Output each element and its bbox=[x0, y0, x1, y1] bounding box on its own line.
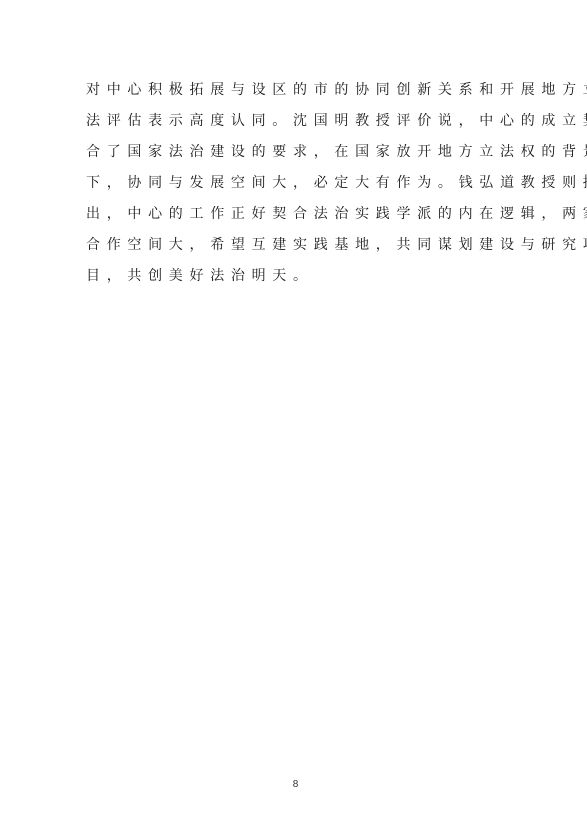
paragraph-line: 合作空间大，希望互建实践基地，共同谋划建设与研究项 bbox=[86, 230, 516, 261]
paragraph-line: 法评估表示高度认同。沈国明教授评价说，中心的成立契 bbox=[86, 106, 516, 137]
body-paragraph: 对中心积极拓展与设区的市的协同创新关系和开展地方立 法评估表示高度认同。沈国明教… bbox=[86, 75, 516, 292]
paragraph-line: 对中心积极拓展与设区的市的协同创新关系和开展地方立 bbox=[86, 75, 516, 106]
paragraph-line: 合了国家法治建设的要求，在国家放开地方立法权的背景 bbox=[86, 137, 516, 168]
paragraph-line: 出，中心的工作正好契合法治实践学派的内在逻辑，两家 bbox=[86, 199, 516, 230]
document-page: 对中心积极拓展与设区的市的协同创新关系和开展地方立 法评估表示高度认同。沈国明教… bbox=[0, 0, 587, 835]
paragraph-line: 下，协同与发展空间大，必定大有作为。钱弘道教授则提 bbox=[86, 168, 516, 199]
paragraph-line: 目，共创美好法治明天。 bbox=[86, 261, 516, 292]
page-number: 8 bbox=[0, 779, 587, 790]
